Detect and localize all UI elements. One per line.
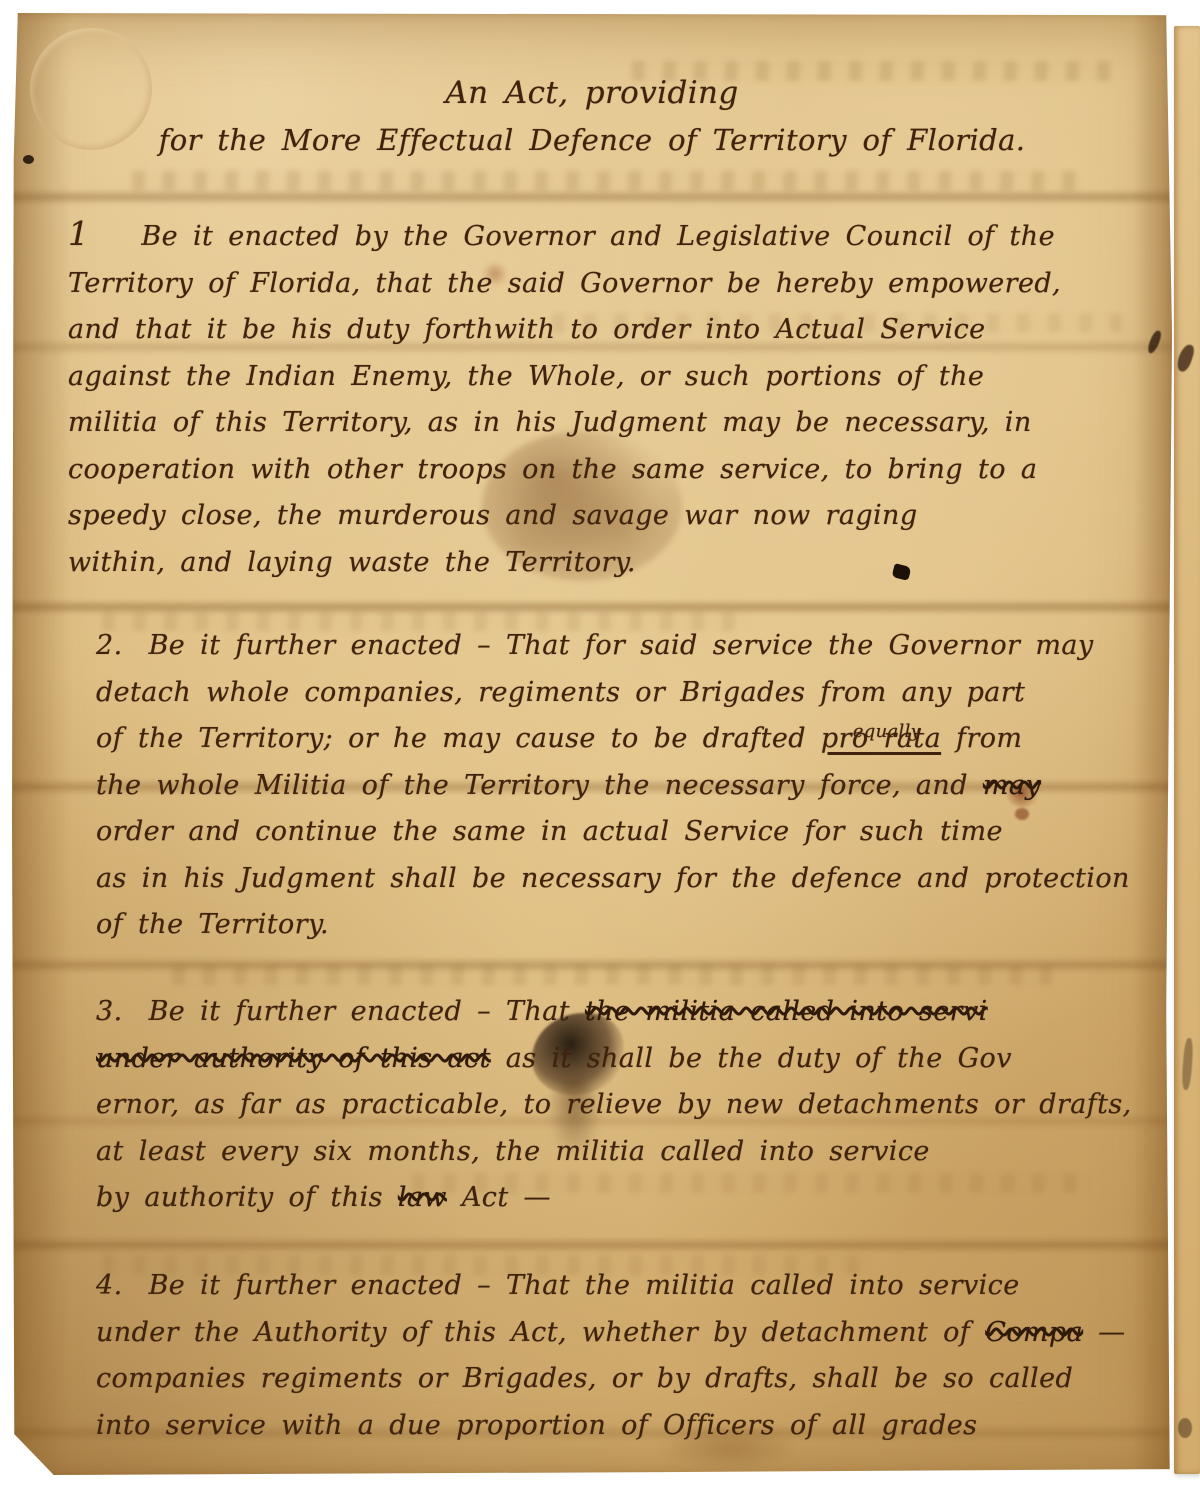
text-line: ernor, as far as practicable, to relieve… bbox=[96, 1082, 1144, 1129]
section-2: 2.Be it further enacted – That for said … bbox=[96, 623, 1144, 949]
title-line-1: An Act, providing bbox=[12, 69, 1172, 117]
text-run: Be it further enacted – That for said se… bbox=[149, 630, 1094, 661]
text-run: — bbox=[1083, 1317, 1125, 1348]
title-line-2: for the More Effectual Defence of Territ… bbox=[12, 117, 1172, 163]
struck-text: law bbox=[398, 1182, 447, 1213]
text-line: order and continue the same in actual Se… bbox=[96, 809, 1144, 856]
text-run: as in his Judgment shall be necessary fo… bbox=[96, 863, 1130, 894]
text-run: of the Territory. bbox=[96, 909, 329, 940]
text-run: Be it further enacted – That the militia… bbox=[149, 1270, 1020, 1301]
text-line: Territory of Florida, that the said Gove… bbox=[68, 261, 1144, 308]
text-run: from bbox=[941, 723, 1022, 754]
ink-mark bbox=[1181, 1038, 1194, 1091]
text-line: as in his Judgment shall be necessary fo… bbox=[96, 856, 1144, 903]
text-run: Act — bbox=[447, 1182, 551, 1213]
text-run: ernor, as far as practicable, to relieve… bbox=[96, 1089, 1132, 1120]
text-run: 3. bbox=[96, 996, 149, 1027]
text-line: speedy close, the murderous and savage w… bbox=[68, 493, 1144, 540]
ink-mark bbox=[1175, 343, 1196, 374]
text-run: of the Territory; or he may cause to be … bbox=[96, 723, 821, 754]
text-run: companies regiments or Brigades, or by d… bbox=[96, 1363, 1073, 1394]
document-photo: An Act, providing for the More Effectual… bbox=[0, 0, 1200, 1489]
struck-text: under authority of this act bbox=[96, 1043, 491, 1074]
text-run: as it shall be the duty of the Gov bbox=[491, 1043, 1012, 1074]
section-4: 4.Be it further enacted – That the milit… bbox=[96, 1263, 1144, 1449]
text-run: against the Indian Enemy, the Whole, or … bbox=[68, 361, 984, 392]
document-title: An Act, providing for the More Effectual… bbox=[12, 69, 1172, 163]
fold-line bbox=[12, 599, 1172, 615]
text-line: 4.Be it further enacted – That the milit… bbox=[96, 1263, 1144, 1310]
text-line: under the Authority of this Act, whether… bbox=[96, 1310, 1144, 1357]
text-run: Territory of Florida, that the said Gove… bbox=[68, 268, 1061, 299]
text-run: 1 bbox=[68, 214, 141, 253]
struck-text: Compa bbox=[985, 1317, 1083, 1348]
text-line: companies regiments or Brigades, or by d… bbox=[96, 1356, 1144, 1403]
text-run: Be it further enacted – That bbox=[149, 996, 585, 1027]
text-run: cooperation with other troops on the sam… bbox=[68, 454, 1037, 485]
text-run: at least every six months, the militia c… bbox=[96, 1136, 930, 1167]
text-run: order and continue the same in actual Se… bbox=[96, 816, 1003, 847]
bleed-through-text bbox=[172, 965, 1052, 985]
text-line: 2.Be it further enacted – That for said … bbox=[96, 623, 1144, 670]
text-line: militia of this Territory, as in his Jud… bbox=[68, 400, 1144, 447]
struck-text: may bbox=[983, 770, 1041, 801]
second-page-edge bbox=[1174, 26, 1200, 1474]
text-line: 3.Be it further enacted – That the milit… bbox=[96, 989, 1144, 1036]
text-run: detach whole companies, regiments or Bri… bbox=[96, 677, 1025, 708]
text-line: of the Territory. bbox=[96, 902, 1144, 949]
text-run: 4. bbox=[96, 1270, 149, 1301]
text-line: the whole Militia of the Territory the n… bbox=[96, 763, 1144, 810]
struck-text: the militia called into servi bbox=[585, 996, 988, 1027]
text-run: into service with a due proportion of Of… bbox=[96, 1410, 977, 1441]
text-line: 1Be it enacted by the Governor and Legis… bbox=[68, 211, 1144, 261]
text-line: cooperation with other troops on the sam… bbox=[68, 447, 1144, 494]
text-line: detach whole companies, regiments or Bri… bbox=[96, 670, 1144, 717]
text-line: within, and laying waste the Territory. bbox=[68, 540, 1144, 587]
text-line: under authority of this act as it shall … bbox=[96, 1036, 1144, 1083]
text-run: speedy close, the murderous and savage w… bbox=[68, 500, 918, 531]
text-line: of the Territory; or he may cause to be … bbox=[96, 716, 1144, 763]
manuscript-page: An Act, providing for the More Effectual… bbox=[12, 13, 1172, 1475]
text-line: by authority of this law Act — bbox=[96, 1175, 1144, 1222]
fold-line bbox=[12, 957, 1172, 973]
text-run: militia of this Territory, as in his Jud… bbox=[68, 407, 1032, 438]
text-run: by authority of this bbox=[96, 1182, 398, 1213]
section-1: 1Be it enacted by the Governor and Legis… bbox=[68, 211, 1144, 586]
text-run: the whole Militia of the Territory the n… bbox=[96, 770, 983, 801]
text-line: at least every six months, the militia c… bbox=[96, 1129, 1144, 1176]
text-line: and that it be his duty forthwith to ord… bbox=[68, 307, 1144, 354]
text-line: against the Indian Enemy, the Whole, or … bbox=[68, 354, 1144, 401]
inserted-text-above: equally bbox=[853, 709, 921, 756]
section-3: 3.Be it further enacted – That the milit… bbox=[96, 989, 1144, 1222]
text-run: and that it be his duty forthwith to ord… bbox=[68, 314, 985, 345]
text-run: under the Authority of this Act, whether… bbox=[96, 1317, 985, 1348]
text-run: within, and laying waste the Territory. bbox=[68, 547, 636, 578]
text-line: into service with a due proportion of Of… bbox=[96, 1403, 1144, 1450]
text-run: pro rataequally bbox=[821, 723, 941, 754]
fold-line bbox=[12, 189, 1172, 205]
bleed-through-text bbox=[132, 171, 1082, 191]
ink-mark bbox=[1178, 1418, 1192, 1438]
text-run: 2. bbox=[96, 630, 149, 661]
fold-line bbox=[12, 1237, 1172, 1253]
text-run: Be it enacted by the Governor and Legisl… bbox=[141, 221, 1055, 252]
